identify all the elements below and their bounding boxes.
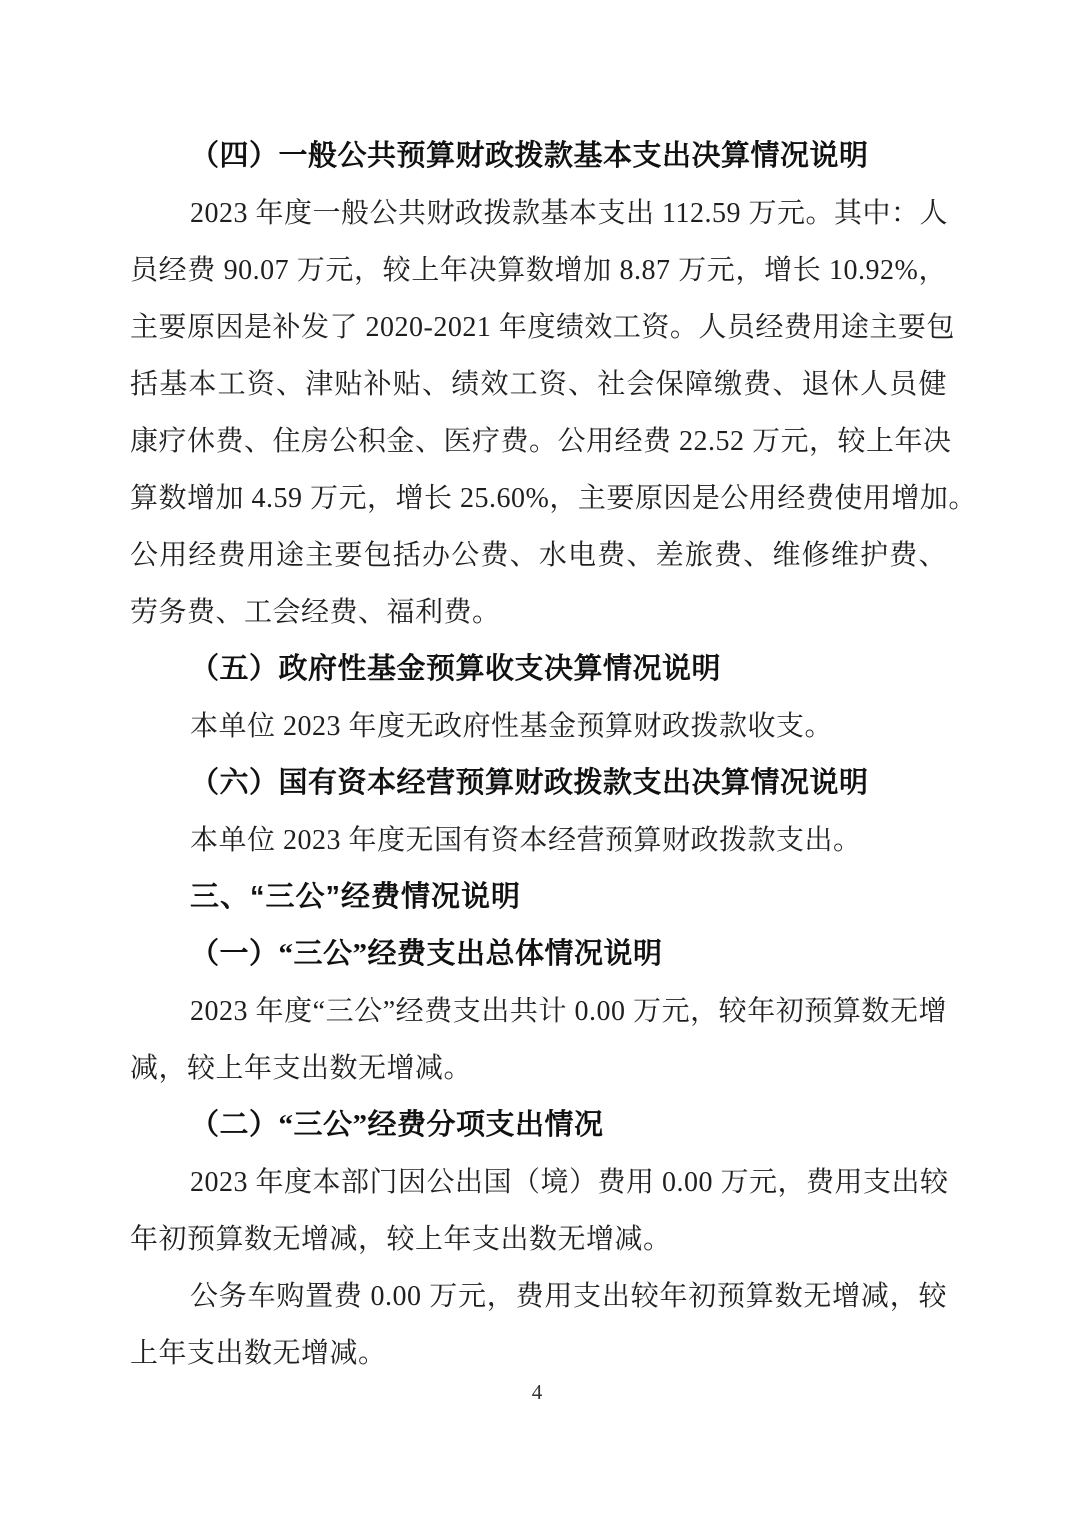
paragraph-line: 算数增加 4.59 万元，增长 25.60%，主要原因是公用经费使用增加。	[130, 470, 947, 527]
paragraph-line: 括基本工资、津贴补贴、绩效工资、社会保障缴费、退休人员健	[130, 356, 947, 413]
heading-section-4: （四）一般公共预算财政拨款基本支出决算情况说明	[130, 128, 947, 185]
heading-part-3: 三、“三公”经费情况说明	[130, 869, 947, 926]
heading-subsection-2: （二）“三公”经费分项支出情况	[130, 1097, 947, 1154]
paragraph-line: 公用经费用途主要包括办公费、水电费、差旅费、维修维护费、	[130, 527, 947, 584]
paragraph-line: 2023 年度一般公共财政拨款基本支出 112.59 万元。其中：人	[130, 185, 947, 242]
heading-section-6: （六）国有资本经营预算财政拨款支出决算情况说明	[130, 755, 947, 812]
document-page: （四）一般公共预算财政拨款基本支出决算情况说明 2023 年度一般公共财政拨款基…	[0, 0, 1074, 1520]
paragraph-line: 劳务费、工会经费、福利费。	[130, 584, 947, 641]
paragraph-line: 减，较上年支出数无增减。	[130, 1040, 947, 1097]
paragraph-line: 本单位 2023 年度无国有资本经营预算财政拨款支出。	[130, 812, 947, 869]
paragraph-line: 本单位 2023 年度无政府性基金预算财政拨款收支。	[130, 698, 947, 755]
heading-subsection-1: （一）“三公”经费支出总体情况说明	[130, 926, 947, 983]
document-body: （四）一般公共预算财政拨款基本支出决算情况说明 2023 年度一般公共财政拨款基…	[130, 128, 947, 1382]
paragraph-line: 康疗休费、住房公积金、医疗费。公用经费 22.52 万元，较上年决	[130, 413, 947, 470]
paragraph-line: 2023 年度本部门因公出国（境）费用 0.00 万元，费用支出较	[130, 1154, 947, 1211]
paragraph-line: 员经费 90.07 万元，较上年决算数增加 8.87 万元，增长 10.92%，	[130, 242, 947, 299]
paragraph-line: 上年支出数无增减。	[130, 1325, 947, 1382]
paragraph-line: 2023 年度“三公”经费支出共计 0.00 万元，较年初预算数无增	[130, 983, 947, 1040]
heading-section-5: （五）政府性基金预算收支决算情况说明	[130, 641, 947, 698]
paragraph-line: 年初预算数无增减，较上年支出数无增减。	[130, 1211, 947, 1268]
page-number: 4	[0, 1378, 1074, 1406]
paragraph-line: 公务车购置费 0.00 万元，费用支出较年初预算数无增减，较	[130, 1268, 947, 1325]
paragraph-line: 主要原因是补发了 2020-2021 年度绩效工资。人员经费用途主要包	[130, 299, 947, 356]
